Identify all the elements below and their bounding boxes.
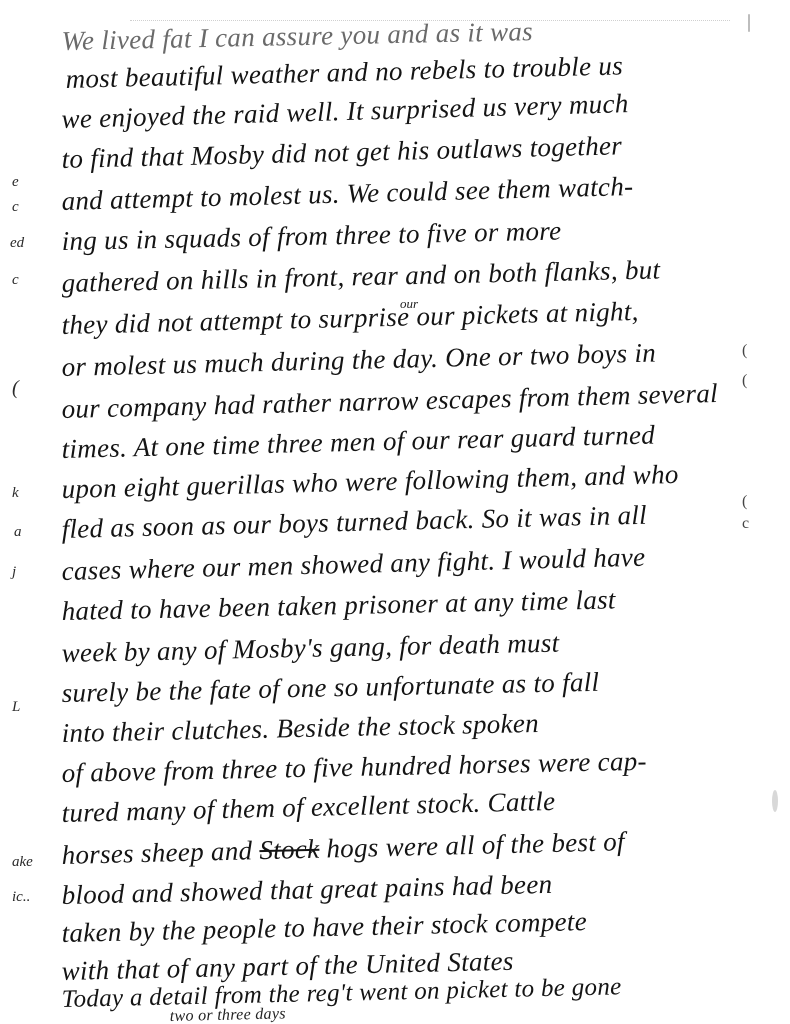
- margin-fragment: (: [742, 372, 747, 390]
- margin-fragment: a: [14, 525, 22, 540]
- letter-line: taken by the people to have their stock …: [61, 906, 587, 949]
- letter-line: surely be the fate of one so unfortunate…: [61, 667, 599, 709]
- margin-fragment: e: [12, 175, 19, 190]
- line-text: horses sheep and: [61, 835, 252, 870]
- scanned-letter-page: e c ed c ( k a j L ake ic.. ( ( ( c We l…: [0, 0, 790, 1024]
- margin-fragment: L: [12, 700, 20, 715]
- letter-line: to find that Mosby did not get his outla…: [61, 130, 622, 175]
- scan-speck: [748, 14, 750, 32]
- letter-line: cases where our men showed any fight. I …: [61, 542, 646, 587]
- margin-fragment: c: [12, 273, 19, 288]
- margin-fragment: ake: [12, 855, 33, 870]
- line-text: hogs were all of the best of: [326, 826, 625, 863]
- letter-line: tured many of them of excellent stock. C…: [61, 786, 555, 829]
- margin-fragment: k: [12, 486, 19, 501]
- letter-line: fled as soon as our boys turned back. So…: [61, 500, 647, 545]
- letter-line: upon eight guerillas who were following …: [61, 459, 679, 505]
- margin-fragment: (: [742, 493, 747, 511]
- struck-word: Stock: [259, 834, 320, 865]
- letter-line: week by any of Mosby's gang, for death m…: [61, 628, 559, 669]
- margin-fragment: (: [12, 378, 19, 398]
- margin-fragment: c: [12, 200, 19, 215]
- letter-line: we enjoyed the raid well. It surprised u…: [61, 88, 629, 135]
- letter-line: or molest us much during the day. One or…: [61, 337, 656, 383]
- margin-fragment: (: [742, 342, 747, 360]
- letter-line: they did not attempt to surprise our pic…: [61, 296, 639, 341]
- margin-fragment: ic..: [12, 890, 30, 905]
- letter-line: into their clutches. Beside the stock sp…: [61, 708, 539, 749]
- letter-line: We lived fat I can assure you and as it …: [61, 16, 533, 57]
- letter-line: horses sheep and Stock hogs were all of …: [61, 826, 625, 871]
- margin-fragment: j: [12, 565, 16, 580]
- letter-line: our company had rather narrow escapes fr…: [61, 378, 718, 425]
- scan-speck: [772, 790, 778, 812]
- interlinear-note: two or three days: [170, 1005, 286, 1024]
- letter-line: most beautiful weather and no rebels to …: [65, 50, 623, 95]
- margin-fragment: c: [742, 515, 749, 533]
- letter-line: of above from three to five hundred hors…: [61, 746, 647, 789]
- letter-line: gathered on hills in front, rear and on …: [61, 254, 660, 299]
- letter-line: times. At one time three men of our rear…: [61, 420, 655, 465]
- letter-line: ing us in squads of from three to five o…: [61, 216, 561, 257]
- margin-fragment: ed: [10, 236, 24, 251]
- letter-line: hated to have been taken prisoner at any…: [61, 584, 616, 627]
- letter-line: and attempt to molest us. We could see t…: [61, 171, 634, 217]
- letter-line: blood and showed that great pains had be…: [61, 869, 552, 911]
